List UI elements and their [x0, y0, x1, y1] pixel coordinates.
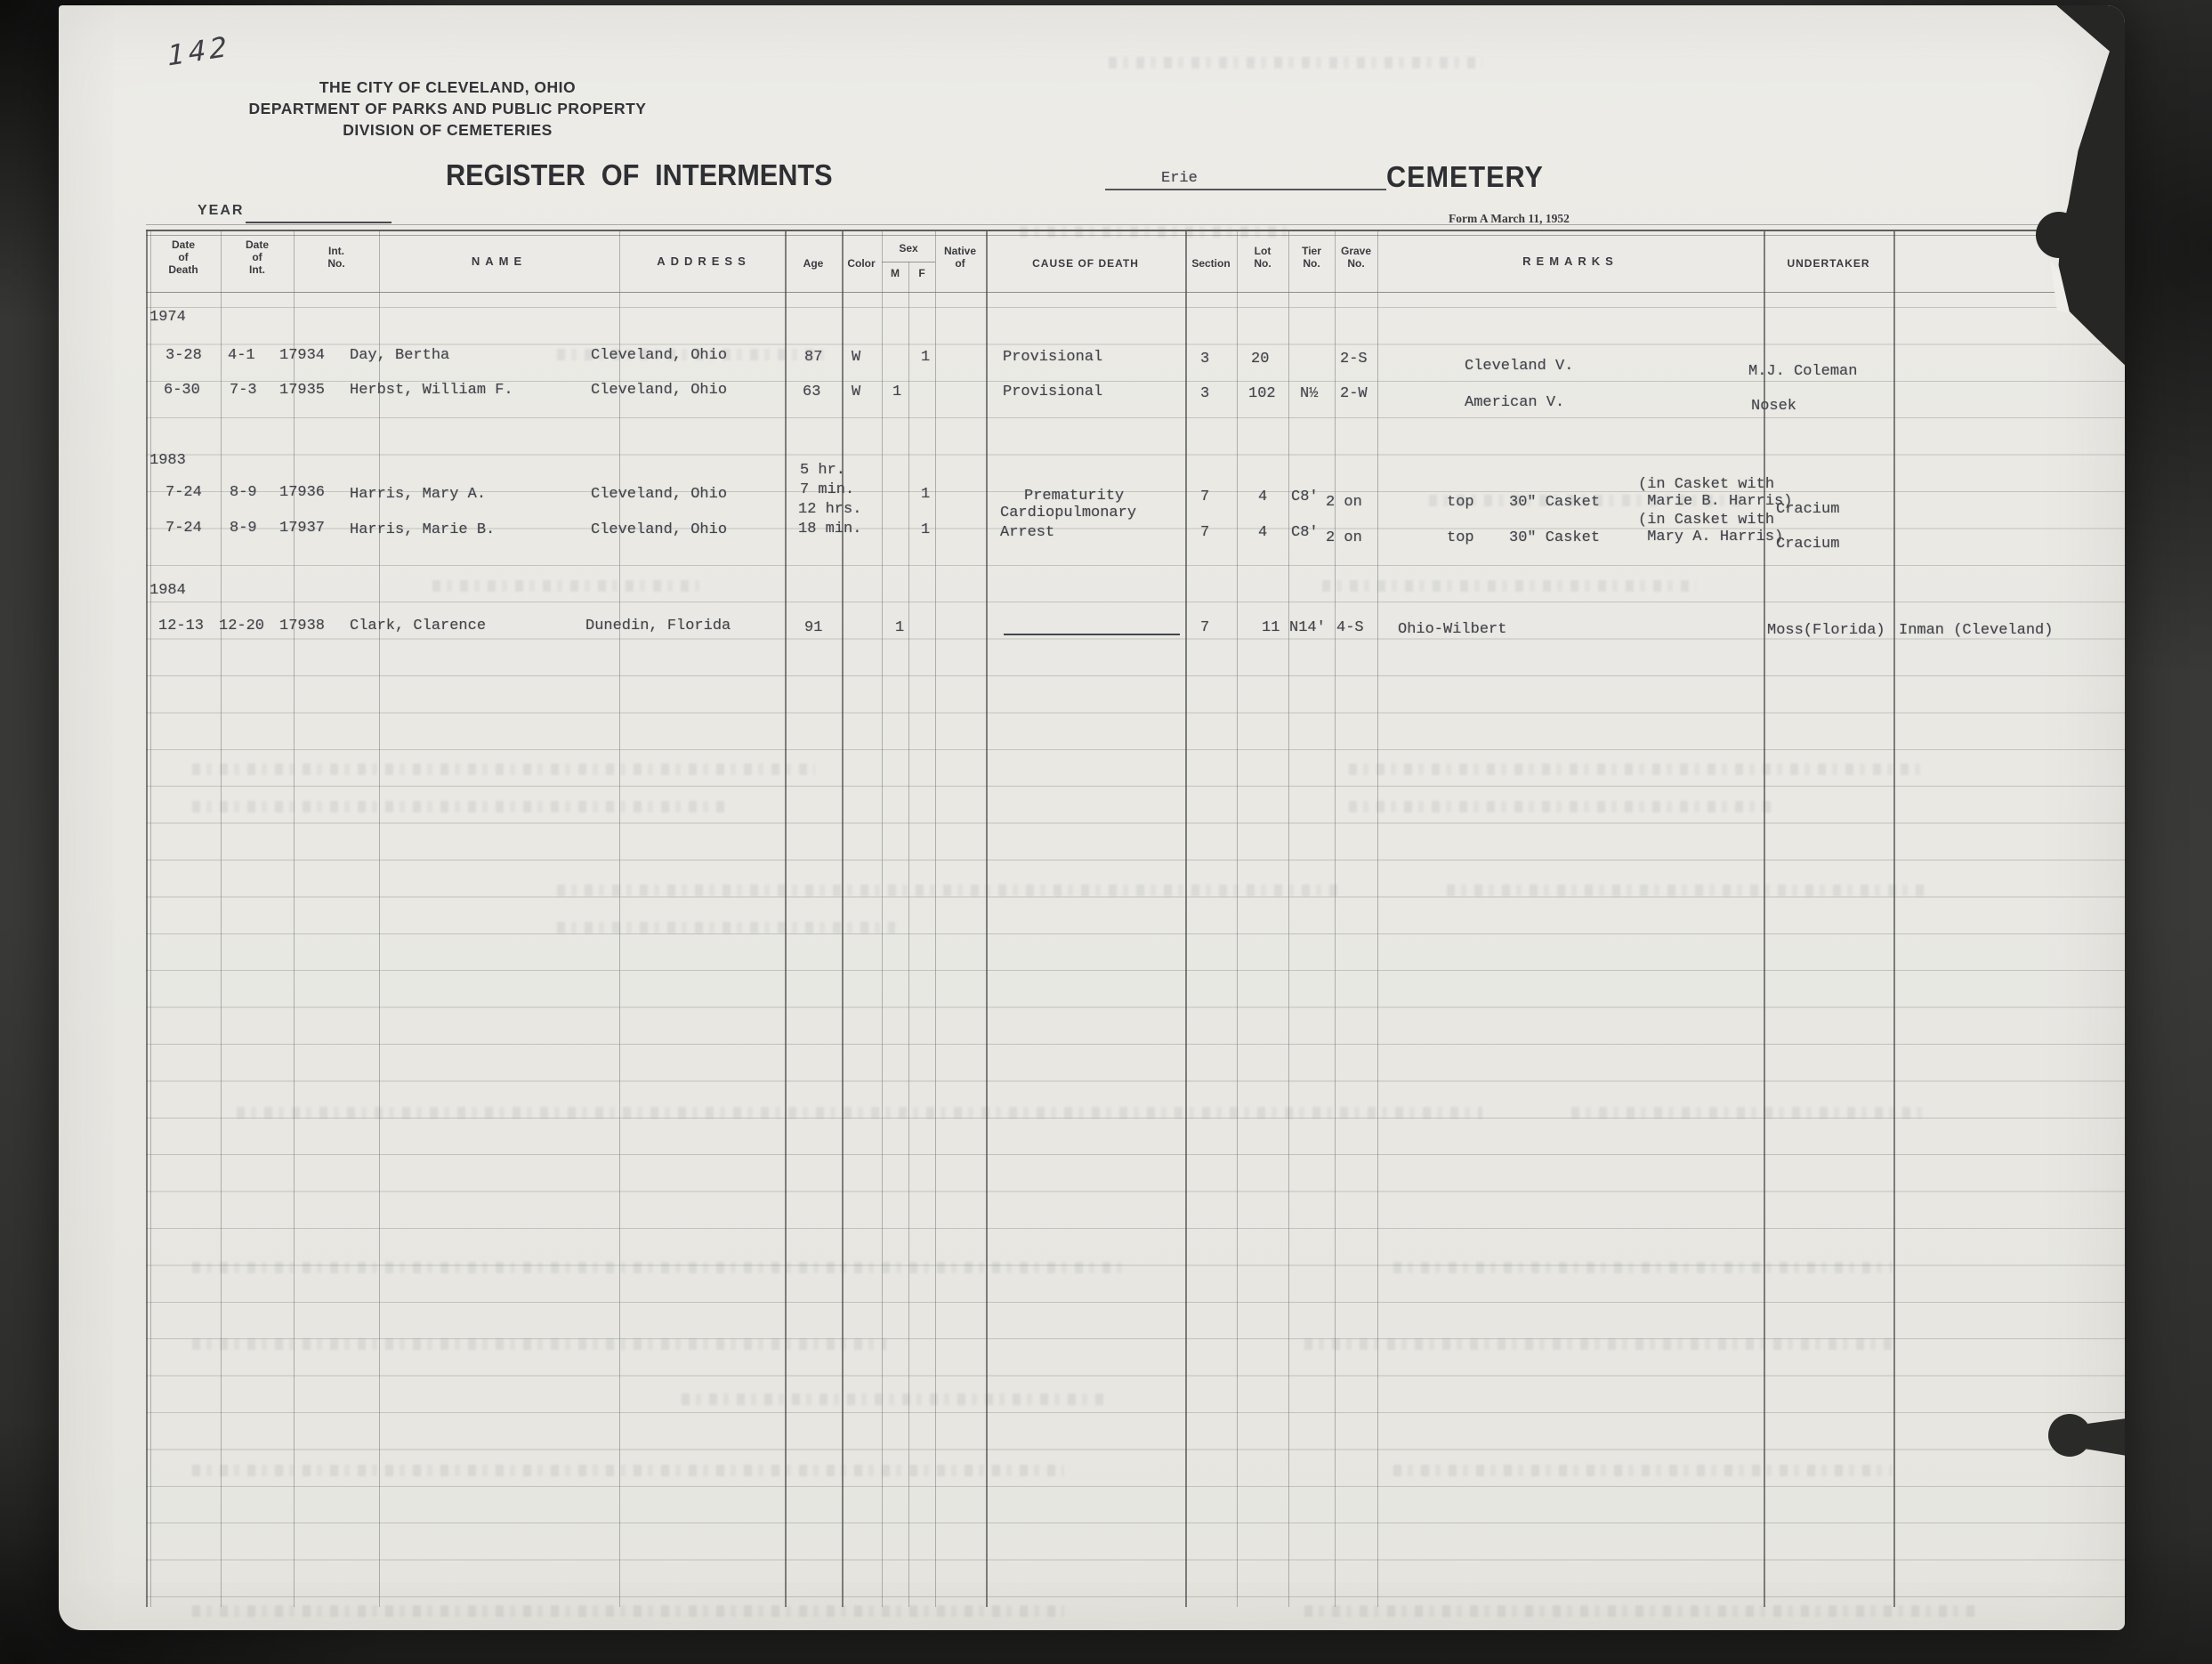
- cell-interment-no: 17938: [279, 617, 325, 636]
- bleedthrough-smudge: [1393, 1465, 1892, 1476]
- cell-cause-of-death: Cardiopulmonary Arrest: [1000, 504, 1136, 543]
- col-header-interment-no: Int. No.: [327, 245, 344, 270]
- cell-grave-no: 2 on: [1326, 529, 1362, 548]
- cell-sex-m: 1: [895, 618, 904, 638]
- col-header-cause-of-death: CAUSE OF DEATH: [1032, 257, 1139, 270]
- year-blank-underline: [246, 222, 392, 223]
- column-line: [1893, 231, 1895, 1607]
- column-line: [1237, 231, 1238, 1607]
- bleedthrough-smudge: [557, 349, 824, 360]
- col-header-native-of: Native of: [944, 245, 976, 270]
- cell-name: Day, Bertha: [350, 346, 449, 366]
- cell-interment-no: 17937: [279, 519, 325, 538]
- handwritten-page-number: 142: [166, 30, 230, 72]
- bleedthrough-smudge: [1393, 1262, 1892, 1273]
- sex-mf-divider-line: [908, 262, 909, 1607]
- col-header-grave-no: Grave No.: [1341, 245, 1371, 270]
- column-line: [1335, 231, 1336, 1607]
- cell-sex-m: 1: [892, 383, 901, 402]
- table-border: [146, 224, 2125, 225]
- column-line: [619, 231, 620, 1607]
- cemetery-word: CEMETERY: [1386, 160, 1544, 194]
- org-line-2: DEPARTMENT OF PARKS AND PUBLIC PROPERTY: [207, 98, 688, 119]
- cell-grave-no-overflow: top: [1447, 529, 1474, 548]
- scan-background: 142 THE CITY OF CLEVELAND, OHIO DEPARTME…: [0, 0, 2212, 1664]
- col-header-remarks: REMARKS: [1522, 255, 1619, 268]
- cell-age: 63: [803, 383, 820, 402]
- cell-age: 12 hrs. 18 min.: [798, 500, 861, 539]
- cell-remarks-casket: 30" Casket: [1509, 529, 1600, 548]
- cell-name: Clark, Clarence: [350, 617, 486, 636]
- bleedthrough-smudge: [1109, 57, 1482, 69]
- cell-date-of-interment: 7-3: [230, 381, 257, 400]
- col-header-lot-no: Lot No.: [1254, 245, 1271, 270]
- col-header-tier-no: Tier No.: [1302, 245, 1321, 270]
- cell-section: 3: [1200, 350, 1209, 369]
- col-header-date-of-death: Date of Death: [168, 238, 198, 276]
- cell-tier-no: C8': [1291, 523, 1319, 543]
- column-line: [294, 231, 295, 1607]
- column-line: [379, 231, 380, 1607]
- bleedthrough-smudge: [1304, 1338, 1892, 1350]
- register-page: 142 THE CITY OF CLEVELAND, OHIO DEPARTME…: [59, 5, 2125, 1630]
- bleedthrough-smudge: [192, 763, 815, 775]
- year-group-label: 1974: [149, 308, 186, 327]
- punch-hole-top: [2036, 212, 2082, 258]
- page-title: REGISTER OF INTERMENTS: [446, 158, 833, 192]
- col-header-sex-f: F: [918, 267, 924, 279]
- col-header-name: NAME: [472, 255, 527, 268]
- cell-lot-no: 102: [1248, 384, 1276, 404]
- cell-grave-no: 2 on: [1326, 493, 1362, 513]
- bleedthrough-smudge: [237, 1107, 1482, 1119]
- column-line: [146, 231, 148, 1607]
- cell-address: Cleveland, Ohio: [591, 485, 727, 505]
- cell-address: Cleveland, Ohio: [591, 521, 727, 540]
- col-header-undertaker: UNDERTAKER: [1787, 257, 1869, 270]
- column-line: [1185, 231, 1187, 1607]
- cemetery-blank-underline: [1105, 189, 1386, 190]
- column-line: [1377, 231, 1378, 1607]
- bleedthrough-smudge: [1349, 801, 1776, 812]
- cell-interment-no: 17936: [279, 483, 325, 503]
- col-header-sex-m: M: [891, 267, 900, 279]
- cell-lot-no: 11: [1262, 618, 1280, 638]
- bleedthrough-smudge: [1322, 580, 1696, 592]
- cell-cause-of-death: Provisional: [1003, 348, 1102, 368]
- cell-date-of-death: 3-28: [165, 346, 202, 366]
- cell-lot-no: 20: [1251, 350, 1269, 369]
- cell-tier-no: N½: [1300, 384, 1318, 404]
- bleedthrough-smudge: [557, 922, 895, 933]
- bleedthrough-smudge: [192, 1338, 886, 1350]
- bleedthrough-smudge: [1349, 763, 1927, 775]
- year-group-label: 1984: [149, 581, 186, 601]
- cell-name: Harris, Marie B.: [350, 521, 495, 540]
- bleedthrough-smudge: [1429, 495, 1749, 506]
- col-header-date-of-interment: Date of Int.: [246, 238, 269, 276]
- cell-tier-no: C8': [1291, 488, 1319, 507]
- cell-date-of-interment: 8-9: [230, 483, 257, 503]
- year-label: YEAR: [198, 205, 244, 217]
- col-header-address: ADDRESS: [657, 255, 751, 268]
- cell-remarks-note: (in Casket with Mary A. Harris): [1638, 512, 1783, 545]
- column-line: [221, 231, 222, 1607]
- cell-grave-no: 2-S: [1340, 350, 1368, 369]
- cell-remarks: Cleveland V.: [1465, 357, 1573, 376]
- cell-address: Cleveland, Ohio: [591, 381, 727, 400]
- cell-remarks: American V.: [1465, 393, 1564, 413]
- cell-age: 5 hr. 7 min.: [800, 461, 854, 500]
- cell-name: Herbst, William F.: [350, 381, 513, 400]
- cell-date-of-death: 7-24: [165, 519, 202, 538]
- cell-undertaker: M.J. Coleman: [1748, 362, 1857, 382]
- table-header-bottom-border: [146, 292, 2125, 293]
- bleedthrough-smudge: [432, 580, 699, 592]
- col-header-age: Age: [803, 257, 824, 270]
- bleedthrough-smudge: [1447, 885, 1927, 896]
- column-line: [1764, 231, 1765, 1607]
- cell-date-of-interment: 12-20: [219, 617, 264, 636]
- org-line-3: DIVISION OF CEMETERIES: [207, 119, 688, 141]
- cell-date-of-death: 6-30: [164, 381, 200, 400]
- cell-undertaker-overflow: Inman (Cleveland): [1899, 621, 2053, 641]
- cell-color: W: [852, 348, 860, 368]
- cell-sex-f: 1: [921, 348, 930, 368]
- bleedthrough-smudge: [1571, 1107, 1927, 1119]
- col-header-color: Color: [847, 257, 875, 270]
- bleedthrough-smudge: [192, 1262, 1126, 1273]
- cell-section: 7: [1200, 523, 1209, 543]
- cell-tier-no: N14': [1289, 618, 1326, 638]
- cell-sex-f: 1: [921, 521, 930, 540]
- cell-undertaker: Nosek: [1751, 397, 1796, 416]
- cause-of-death-dash: [1004, 634, 1180, 635]
- cell-lot-no: 4: [1258, 488, 1267, 507]
- cell-undertaker: Moss(Florida): [1767, 621, 1885, 641]
- bleedthrough-smudge: [682, 1393, 1109, 1405]
- cell-lot-no: 4: [1258, 523, 1267, 543]
- col-header-section: Section: [1191, 257, 1230, 270]
- cell-grave-no: 2-W: [1340, 384, 1368, 404]
- cell-cause-of-death: Provisional: [1003, 383, 1102, 402]
- cell-section: 7: [1200, 618, 1209, 638]
- cell-date-of-death: 7-24: [165, 483, 202, 503]
- bleedthrough-smudge: [1304, 1605, 1981, 1617]
- cell-grave-no: 4-S: [1336, 618, 1364, 638]
- bleedthrough-smudge: [557, 885, 1340, 896]
- cell-date-of-interment: 4-1: [228, 346, 255, 366]
- cell-address: Dunedin, Florida: [585, 617, 731, 636]
- cell-remarks: Ohio-Wilbert: [1398, 620, 1506, 640]
- bleedthrough-smudge: [192, 1465, 1064, 1476]
- cell-name: Harris, Mary A.: [350, 485, 486, 505]
- cell-interment-no: 17934: [279, 346, 325, 366]
- cell-age: 91: [804, 618, 822, 638]
- cell-section: 3: [1200, 384, 1209, 404]
- column-line: [1288, 231, 1289, 1607]
- cemetery-name-typed: Erie: [1161, 169, 1198, 189]
- cell-interment-no: 17935: [279, 381, 325, 400]
- bleedthrough-smudge: [192, 1605, 1064, 1617]
- bleedthrough-smudge: [1020, 226, 1287, 238]
- cell-undertaker: Cracium: [1776, 535, 1839, 554]
- org-line-1: THE CITY OF CLEVELAND, OHIO: [207, 77, 688, 98]
- cell-undertaker: Cracium: [1776, 500, 1839, 520]
- cell-date-of-interment: 8-9: [230, 519, 257, 538]
- cell-date-of-death: 12-13: [158, 617, 204, 636]
- bleedthrough-smudge: [192, 801, 726, 812]
- column-line: [150, 231, 151, 1607]
- col-header-sex: Sex: [899, 242, 917, 254]
- year-group-label: 1983: [149, 451, 186, 471]
- cell-sex-f: 1: [921, 485, 930, 505]
- cell-color: W: [852, 383, 860, 402]
- cell-section: 7: [1200, 488, 1209, 507]
